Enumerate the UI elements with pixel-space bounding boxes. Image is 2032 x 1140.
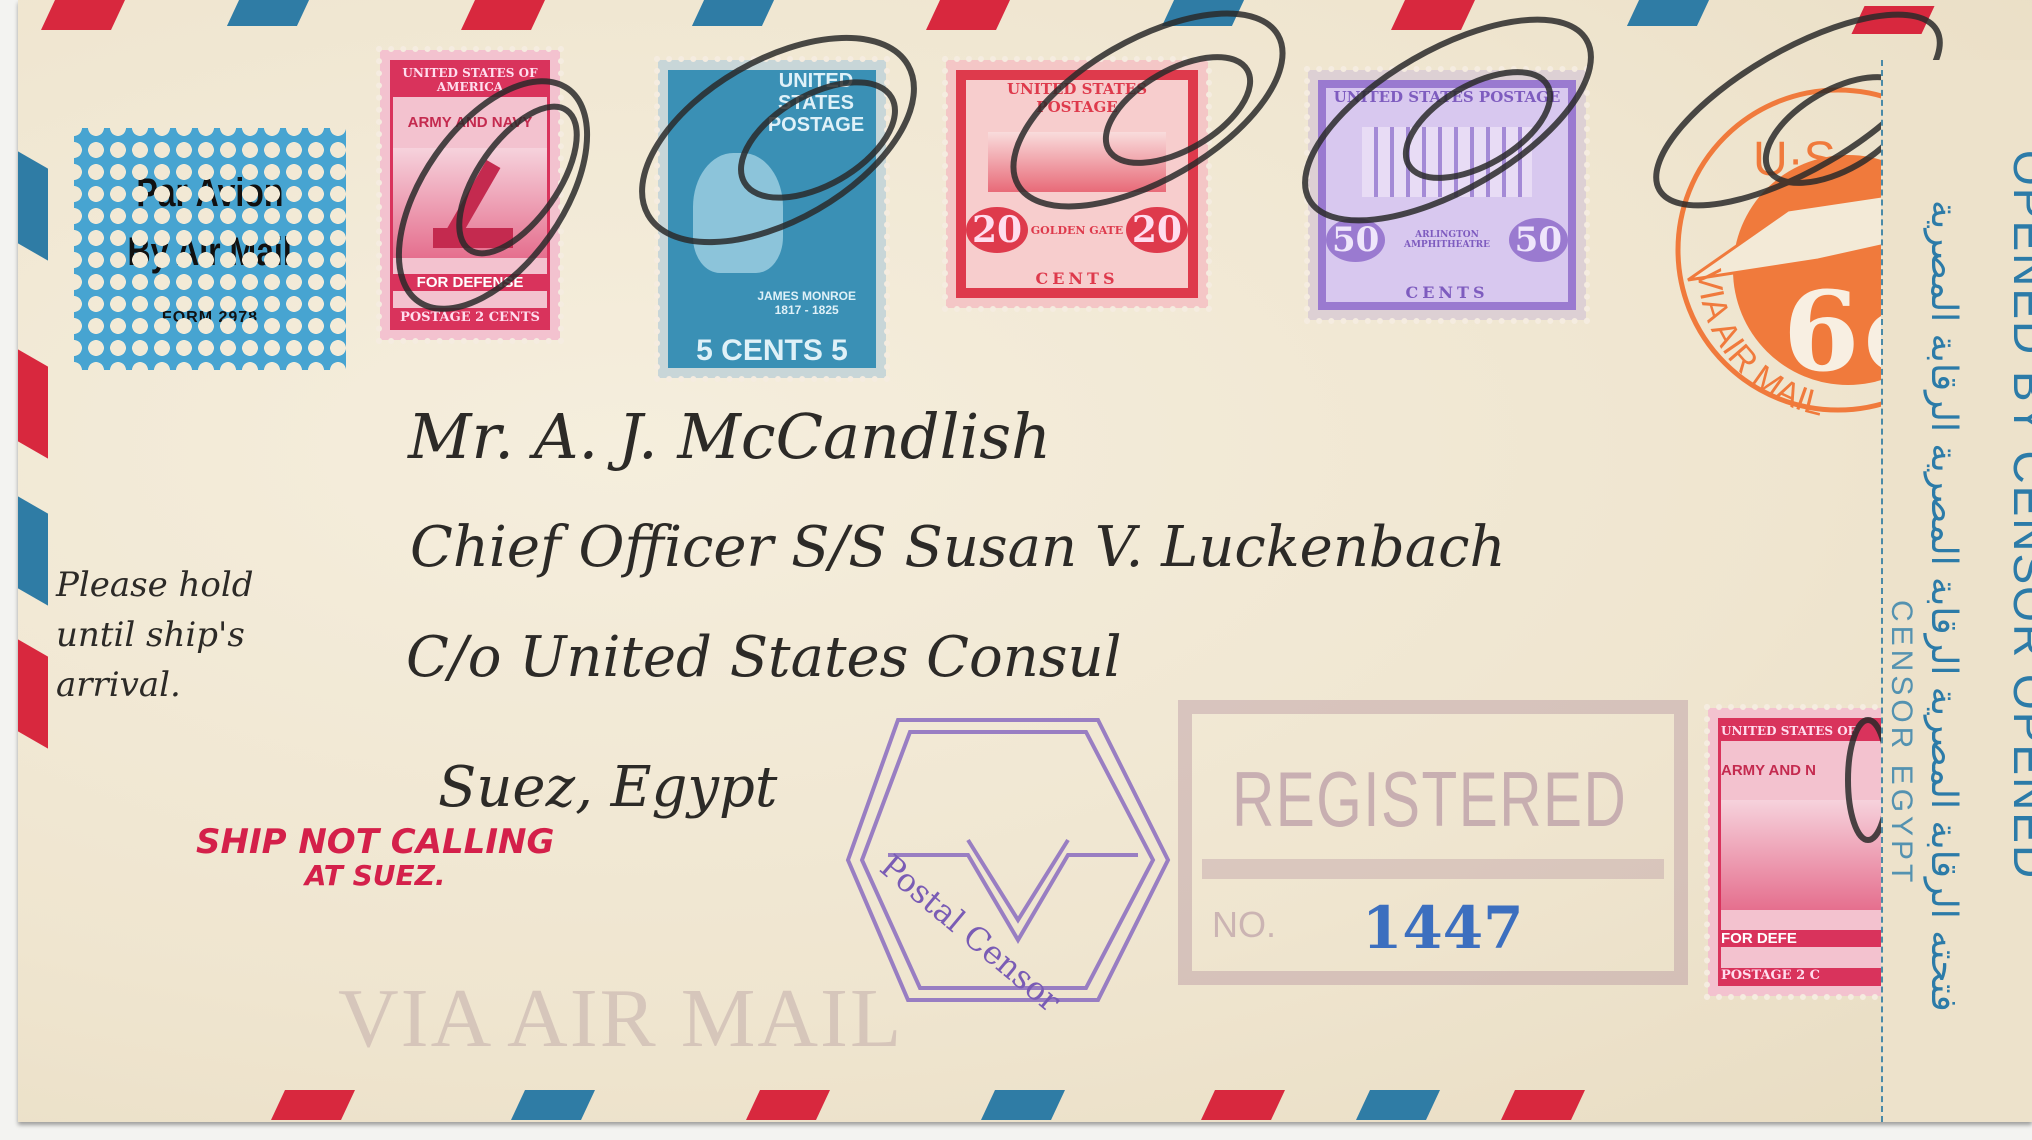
stamp-golden-gate-20c: UNITED STATES POSTAGE 20 GOLDEN GATE 20 … <box>946 60 1208 308</box>
registered-box: REGISTERED NO. 1447 <box>1178 700 1688 985</box>
ship-not-calling-handstamp: SHIP NOT CALLING AT SUEZ. <box>196 825 554 890</box>
svg-text:U·S: U·S <box>1753 133 1836 186</box>
stamp-monroe-5c: UNITED STATES POSTAGE JAMES MONROE 1817 … <box>658 60 886 378</box>
registration-number: 1447 <box>1362 894 1523 962</box>
envelope: Par Avion By Air Mail FORM 2978 UNITED S… <box>18 0 2032 1122</box>
stamp-army-navy-2c: UNITED STATES OF AMERICA ARMY AND NAVY F… <box>380 50 560 340</box>
label-form-number: FORM 2978 <box>162 309 258 327</box>
anti-aircraft-gun-icon <box>393 148 547 258</box>
registration-no-label: NO. <box>1212 904 1276 946</box>
amphitheatre-icon <box>1362 127 1531 197</box>
anti-aircraft-gun-icon <box>1721 800 1885 910</box>
via-airmail-stamp: VIA AIR MAIL <box>338 970 903 1067</box>
par-avion-label: Par Avion By Air Mail FORM 2978 <box>74 128 346 370</box>
censor-tape-english: OPENED BY CENSOR OPENED <box>2003 150 2032 880</box>
ship-scene-icon <box>988 132 1166 192</box>
stamp-army-navy-2c-lower: UNITED STATES OF ARMY AND N FOR DEFE POS… <box>1708 708 1898 996</box>
censor-tape-edge-text: CENSOR EGYPT <box>1884 600 1918 886</box>
label-line-1: Par Avion <box>137 171 284 216</box>
portrait-icon <box>693 153 783 273</box>
censor-tape-arabic: فتحته الرقابة المصرية الرقابة المصرية ال… <box>1923 200 1964 1012</box>
registered-label: REGISTERED <box>1232 754 1627 845</box>
stamp-arlington-50c: UNITED STATES POSTAGE 50 ARLINGTON AMPHI… <box>1308 70 1586 320</box>
label-line-2: By Air Mail <box>128 230 292 275</box>
